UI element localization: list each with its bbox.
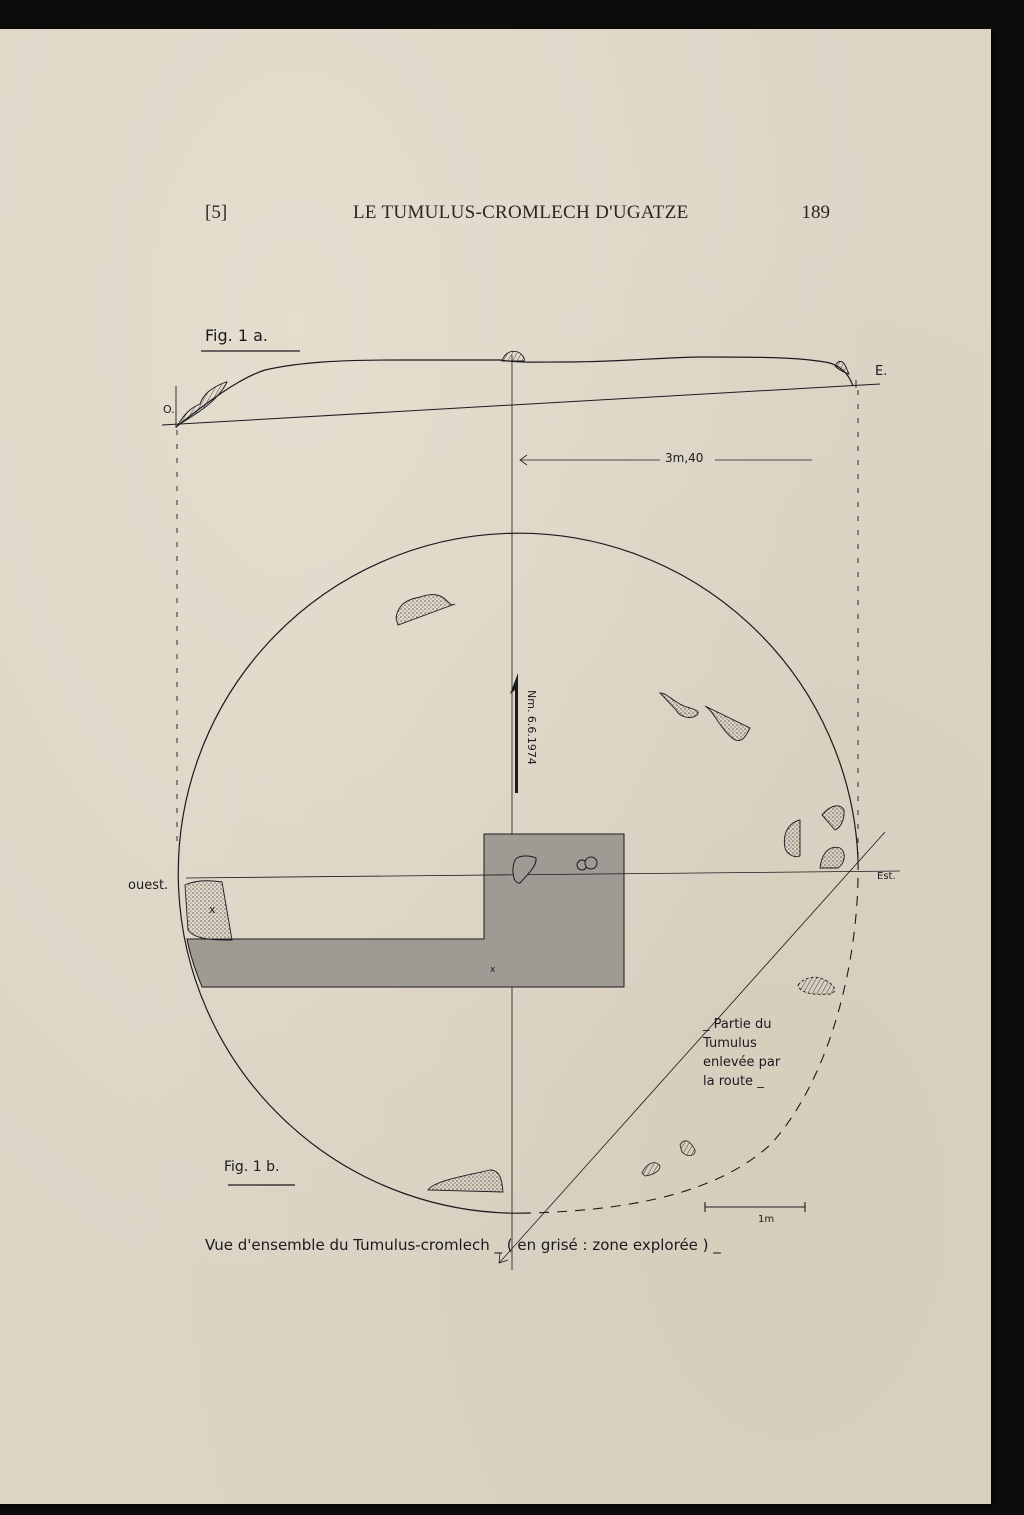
profile-stone-east [835, 361, 849, 374]
profile-stone-west [178, 382, 227, 425]
profile-stone-center [502, 351, 524, 361]
road-removed-note: _ Partie du Tumulus enlevée par la route… [703, 1015, 780, 1091]
stone-se-1 [798, 977, 835, 994]
stone-ne-1 [660, 693, 698, 717]
north-arrow-icon [510, 673, 518, 793]
plan-east-label: Est. [877, 871, 896, 882]
plan-west-label: ouest. [128, 878, 168, 893]
figure-caption: Vue d'ensemble du Tumulus-cromlech _ ( e… [205, 1236, 721, 1254]
profile-dimension: 3m,40 [661, 451, 707, 465]
profile-east-label: E. [875, 364, 887, 379]
stone-e-3 [820, 847, 844, 868]
stone-e-2 [822, 806, 844, 830]
stone-south [428, 1170, 503, 1192]
north-arrow-note: Nm. 6.6.1974 [525, 690, 538, 765]
scale-label: 1m [758, 1214, 774, 1225]
stone-e-1 [784, 820, 800, 857]
figure-1a-label: Fig. 1 a. [205, 326, 268, 345]
profile-west-label: O. [163, 403, 175, 416]
profile-mound [176, 357, 853, 427]
stone-marker: x [209, 903, 216, 916]
stone-ne-2 [705, 706, 750, 741]
stone-se-2 [680, 1141, 695, 1156]
stone-nw [396, 595, 455, 625]
stone-se-3 [642, 1163, 660, 1176]
grid-marker: x [490, 965, 495, 975]
tumulus-drawing [0, 0, 1024, 1515]
explored-zone [187, 834, 624, 987]
stone-center-2 [585, 857, 597, 869]
figure-1b-label: Fig. 1 b. [224, 1159, 279, 1175]
